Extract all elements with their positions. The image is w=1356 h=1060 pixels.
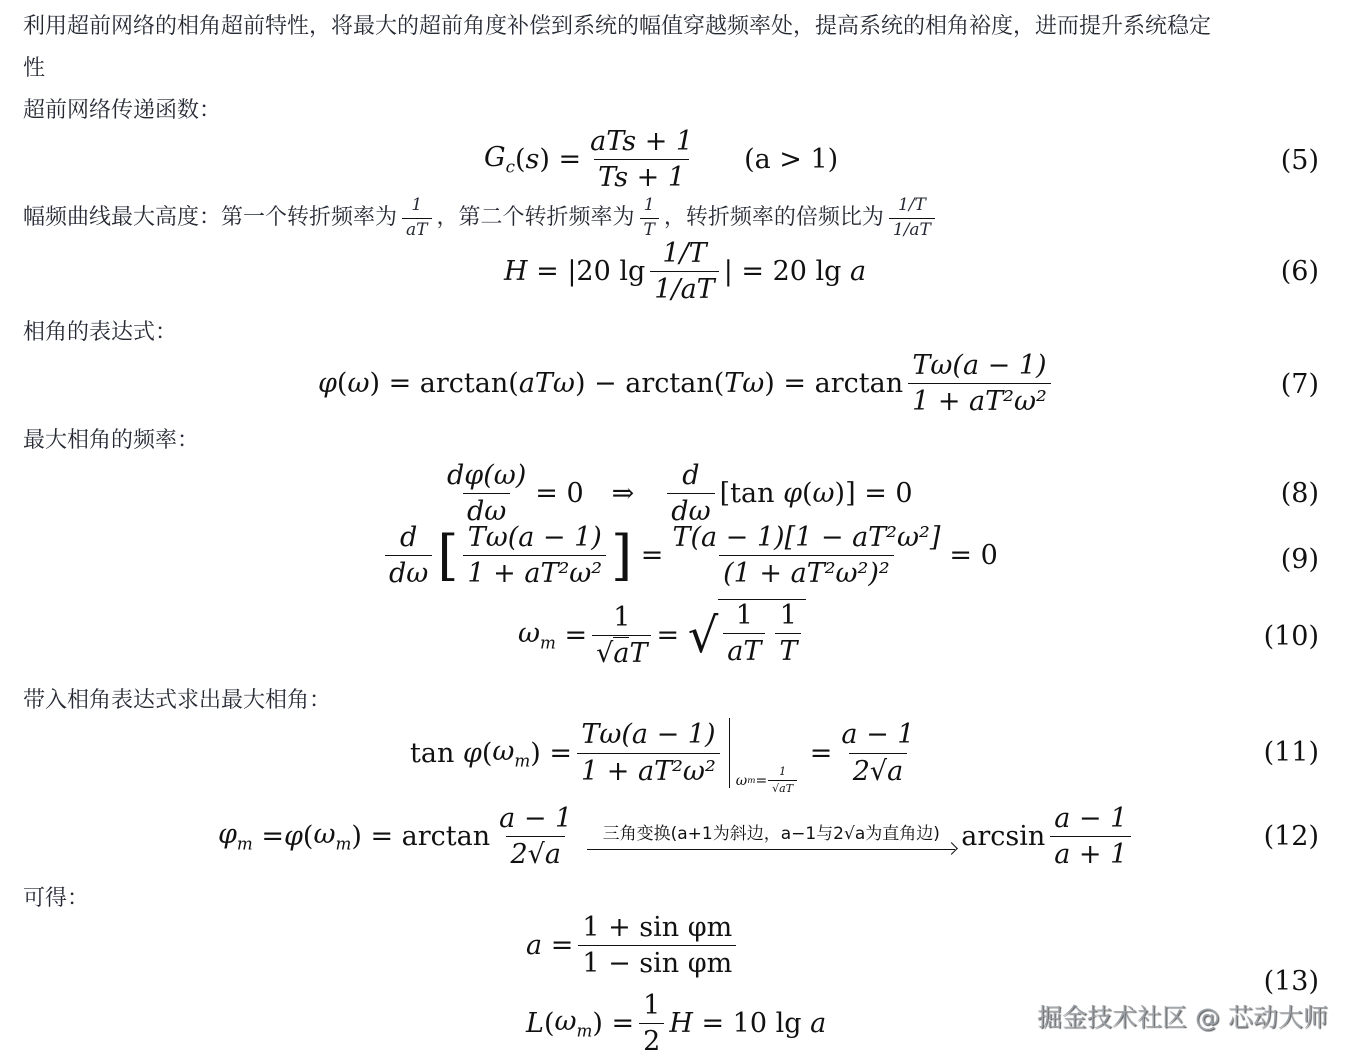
equation-9: ddω [ Tω(a − 1)1 + aT²ω² ] = T(a − 1)[1 … [380, 522, 998, 589]
transform-arrow: 三角变换(a+1为斜边，a−1与2√a为直角边) [587, 823, 955, 851]
arrow-right-icon [587, 849, 955, 851]
watermark: 掘金技术社区 @ 芯动大师 [1037, 998, 1328, 1034]
equation-number-8: (8) [1281, 478, 1319, 509]
phase-expression-label: 相角的表达式： [23, 318, 177, 348]
equation-8: dφ(ω)dω = 0⇒ ddω [tan φ(ω)] = 0 [438, 460, 913, 527]
equation-number-7: (7) [1281, 369, 1319, 400]
equation-11: tan φ(ωm) = Tω(a − 1)1 + aT²ω² ωm=1√aT =… [410, 718, 923, 788]
equation-number-9: (9) [1281, 544, 1319, 575]
equation-number-12: (12) [1264, 821, 1319, 852]
equation-number-11: (11) [1264, 737, 1319, 768]
equation-5: Gc(s) = aTs + 1Ts + 1 (a > 1) [484, 126, 838, 193]
max-phase-frequency-label: 最大相角的频率： [23, 426, 199, 456]
equation-13b: L(ωm) = 12 H = 10 lg a [526, 990, 826, 1057]
equation-number-13: (13) [1264, 966, 1319, 997]
evaluation-bar: ωm=1√aT [729, 718, 730, 788]
equation-13a: a = 1 + sin φm1 − sin φm [526, 912, 741, 979]
equation-number-6: (6) [1281, 256, 1319, 287]
equation-7: φ(ω) = arctan(aTω) − arctan(Tω) = arctan… [318, 350, 1056, 417]
equation-6: H = |20 lg 1/T1/aT | = 20 lg a [504, 238, 866, 305]
max-height-paragraph: 幅频曲线最大高度：第一个转折频率为 1aT ，第二个转折频率为 1T ，转折频率… [23, 196, 940, 240]
equation-number-5: (5) [1281, 145, 1319, 176]
result-label: 可得： [23, 884, 89, 914]
transfer-function-label: 超前网络传递函数： [23, 96, 221, 126]
equation-10: ωm = 1√aT = √ 1aT 1T [518, 602, 806, 669]
substitute-label: 带入相角表达式求出最大相角： [23, 686, 331, 716]
intro-paragraph-cont: 性 [23, 54, 45, 84]
equation-number-10: (10) [1264, 621, 1319, 652]
intro-paragraph: 利用超前网络的相角超前特性，将最大的超前角度补偿到系统的幅值穿越频率处，提高系统… [23, 12, 1211, 42]
equation-12: φm = φ(ωm) = arctan a − 12√a 三角变换(a+1为斜边… [218, 803, 1136, 870]
